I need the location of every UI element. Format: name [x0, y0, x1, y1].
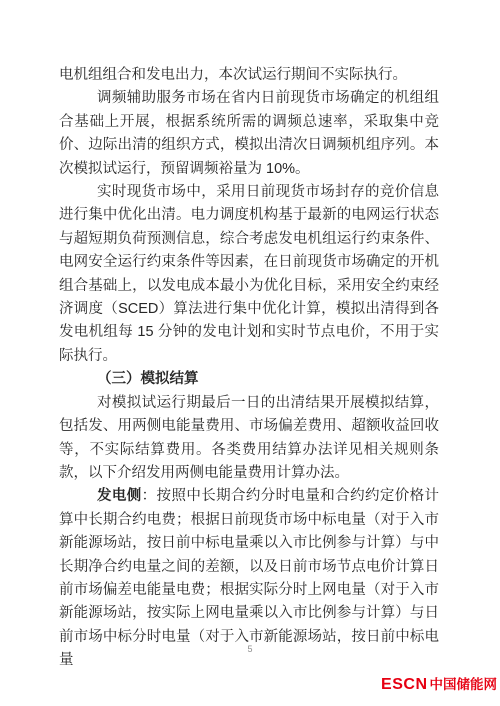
text-run: 对模拟试运行期最后一日的出清结果开展模拟结算，包括发、用两侧电能量费用、市场偏差…: [59, 395, 439, 481]
section-heading: （三）模拟结算: [59, 368, 439, 391]
escn-logo: ESCN中国储能网: [381, 676, 497, 694]
bold-text-run: 发电侧: [97, 488, 142, 504]
text-run: ：按照中长期合约分时电量和合约约定价格计算中长期合约电费；根据日前现货市场中标电…: [59, 488, 439, 668]
page-number: 5: [0, 644, 500, 654]
document-page: 电机组组合和发电出力，本次试运行期间不实际执行。调频辅助服务市场在省内日前现货市…: [0, 0, 500, 706]
text-run: 电机组组合和发电出力，本次试运行期间不实际执行。: [59, 67, 407, 83]
document-body: 电机组组合和发电出力，本次试运行期间不实际执行。调频辅助服务市场在省内日前现货市…: [59, 64, 439, 673]
text-run: 实时现货市场中，采用日前现货市场封存的竞价信息进行集中优化出清。电力调度机构基于…: [59, 184, 439, 364]
paragraph: 实时现货市场中，采用日前现货市场封存的竞价信息进行集中优化出清。电力调度机构基于…: [59, 181, 439, 368]
paragraph: 调频辅助服务市场在省内日前现货市场确定的机组组合基础上开展，根据系统所需的调频总…: [59, 87, 439, 181]
escn-logo-chinese: 中国储能网: [430, 677, 498, 692]
paragraph: 对模拟试运行期最后一日的出清结果开展模拟结算，包括发、用两侧电能量费用、市场偏差…: [59, 392, 439, 486]
paragraph: 电机组组合和发电出力，本次试运行期间不实际执行。: [59, 64, 439, 87]
escn-logo-latin: ESCN: [381, 676, 427, 693]
bold-text-run: （三）模拟结算: [97, 371, 199, 387]
text-run: 调频辅助服务市场在省内日前现货市场确定的机组组合基础上开展，根据系统所需的调频总…: [59, 90, 439, 176]
